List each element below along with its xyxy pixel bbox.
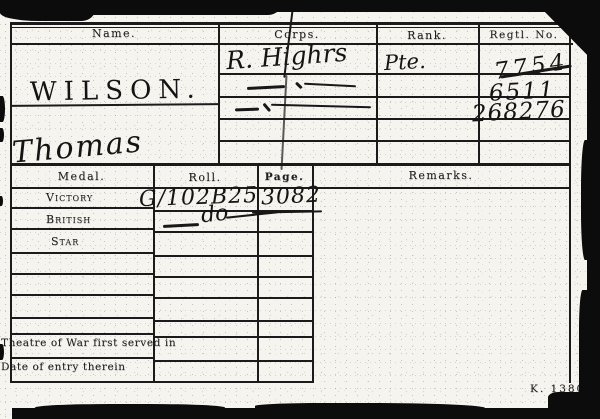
roll-row-line bbox=[153, 320, 312, 322]
scan-edge-bottom-blob2 bbox=[255, 403, 485, 413]
scan-edge-bottom-blob1 bbox=[35, 404, 225, 413]
corps-column-header: Corps. bbox=[218, 28, 376, 41]
scan-left-speck4 bbox=[0, 344, 4, 360]
roll-row-line bbox=[153, 231, 312, 233]
medal-label-star: Star bbox=[51, 235, 79, 248]
medal-row-line bbox=[10, 333, 153, 335]
roll-row-line bbox=[153, 360, 312, 362]
corps-ditto-row3-dash2 bbox=[271, 104, 371, 109]
regtl-no-column-header: Regtl. No. bbox=[478, 29, 570, 41]
divider-name-corps bbox=[218, 22, 220, 165]
table-left-border bbox=[10, 22, 12, 383]
divider-corps-rank bbox=[376, 22, 378, 165]
divider-rank-regtl bbox=[478, 22, 480, 165]
scan-edge-top-mid-blob bbox=[88, 0, 283, 15]
roll-row-line bbox=[153, 255, 312, 257]
rank-column-header: Rank. bbox=[376, 29, 478, 42]
roll-row-line bbox=[153, 276, 312, 278]
corps-ditto-row3-dash1 bbox=[235, 108, 259, 111]
scan-left-speck1 bbox=[0, 96, 5, 122]
page-value-victory: 3082 bbox=[260, 182, 321, 210]
scan-left-speck3 bbox=[0, 196, 3, 206]
regtl-no-3: 268276 bbox=[471, 97, 566, 128]
medal-row-line bbox=[10, 273, 153, 275]
medal-index-card-scan: Name. Corps. Rank. Regtl. No. Medal. Rol… bbox=[0, 0, 600, 419]
medal-row-line bbox=[10, 357, 153, 359]
roll-ditto-dash bbox=[163, 223, 199, 227]
roll-value-victory: G/102B25 bbox=[139, 183, 259, 212]
table-right-border bbox=[569, 22, 571, 383]
medal-row-line bbox=[10, 317, 153, 319]
name-column-header: Name. bbox=[10, 27, 218, 40]
medal-label-british: British bbox=[46, 213, 91, 226]
corps-ditto-row2-dash2 bbox=[304, 83, 356, 88]
medal-column-header: Medal. bbox=[10, 170, 153, 183]
corps-ditto-row2-dash1 bbox=[247, 85, 285, 89]
medal-row-line bbox=[10, 252, 153, 254]
stray-pen-stroke-lower bbox=[281, 75, 287, 170]
medal-row-line bbox=[10, 294, 153, 296]
page-column-header: Page. bbox=[257, 171, 312, 183]
roll-row-line bbox=[153, 336, 312, 338]
surname-handwritten: WILSON. bbox=[30, 75, 202, 108]
medal-row-line bbox=[10, 228, 153, 230]
roll-row-line bbox=[153, 297, 312, 299]
table-bottom-rule bbox=[10, 381, 314, 383]
rank-handwritten: Pte. bbox=[383, 49, 426, 75]
corps-row-line4 bbox=[218, 140, 571, 142]
scan-edge-right-blob1 bbox=[581, 140, 591, 260]
medal-row-line bbox=[10, 207, 153, 209]
remarks-column-header: Remarks. bbox=[312, 169, 570, 182]
roll-column-header: Roll. bbox=[153, 171, 257, 184]
scan-corner-bottom-right bbox=[548, 392, 600, 419]
date-of-entry-label: Date of entry therein bbox=[1, 361, 126, 373]
scan-left-speck2 bbox=[0, 128, 4, 142]
corps-ditto-row3-tick bbox=[263, 103, 271, 112]
scan-edge-top-left-blob bbox=[0, 0, 96, 21]
medal-label-victory: Victory bbox=[46, 191, 93, 204]
corps-ditto-row2-tick bbox=[295, 82, 302, 89]
theatre-of-war-label: Theatre of War first served in bbox=[1, 337, 176, 349]
roll-ditto-british: do bbox=[200, 201, 230, 229]
